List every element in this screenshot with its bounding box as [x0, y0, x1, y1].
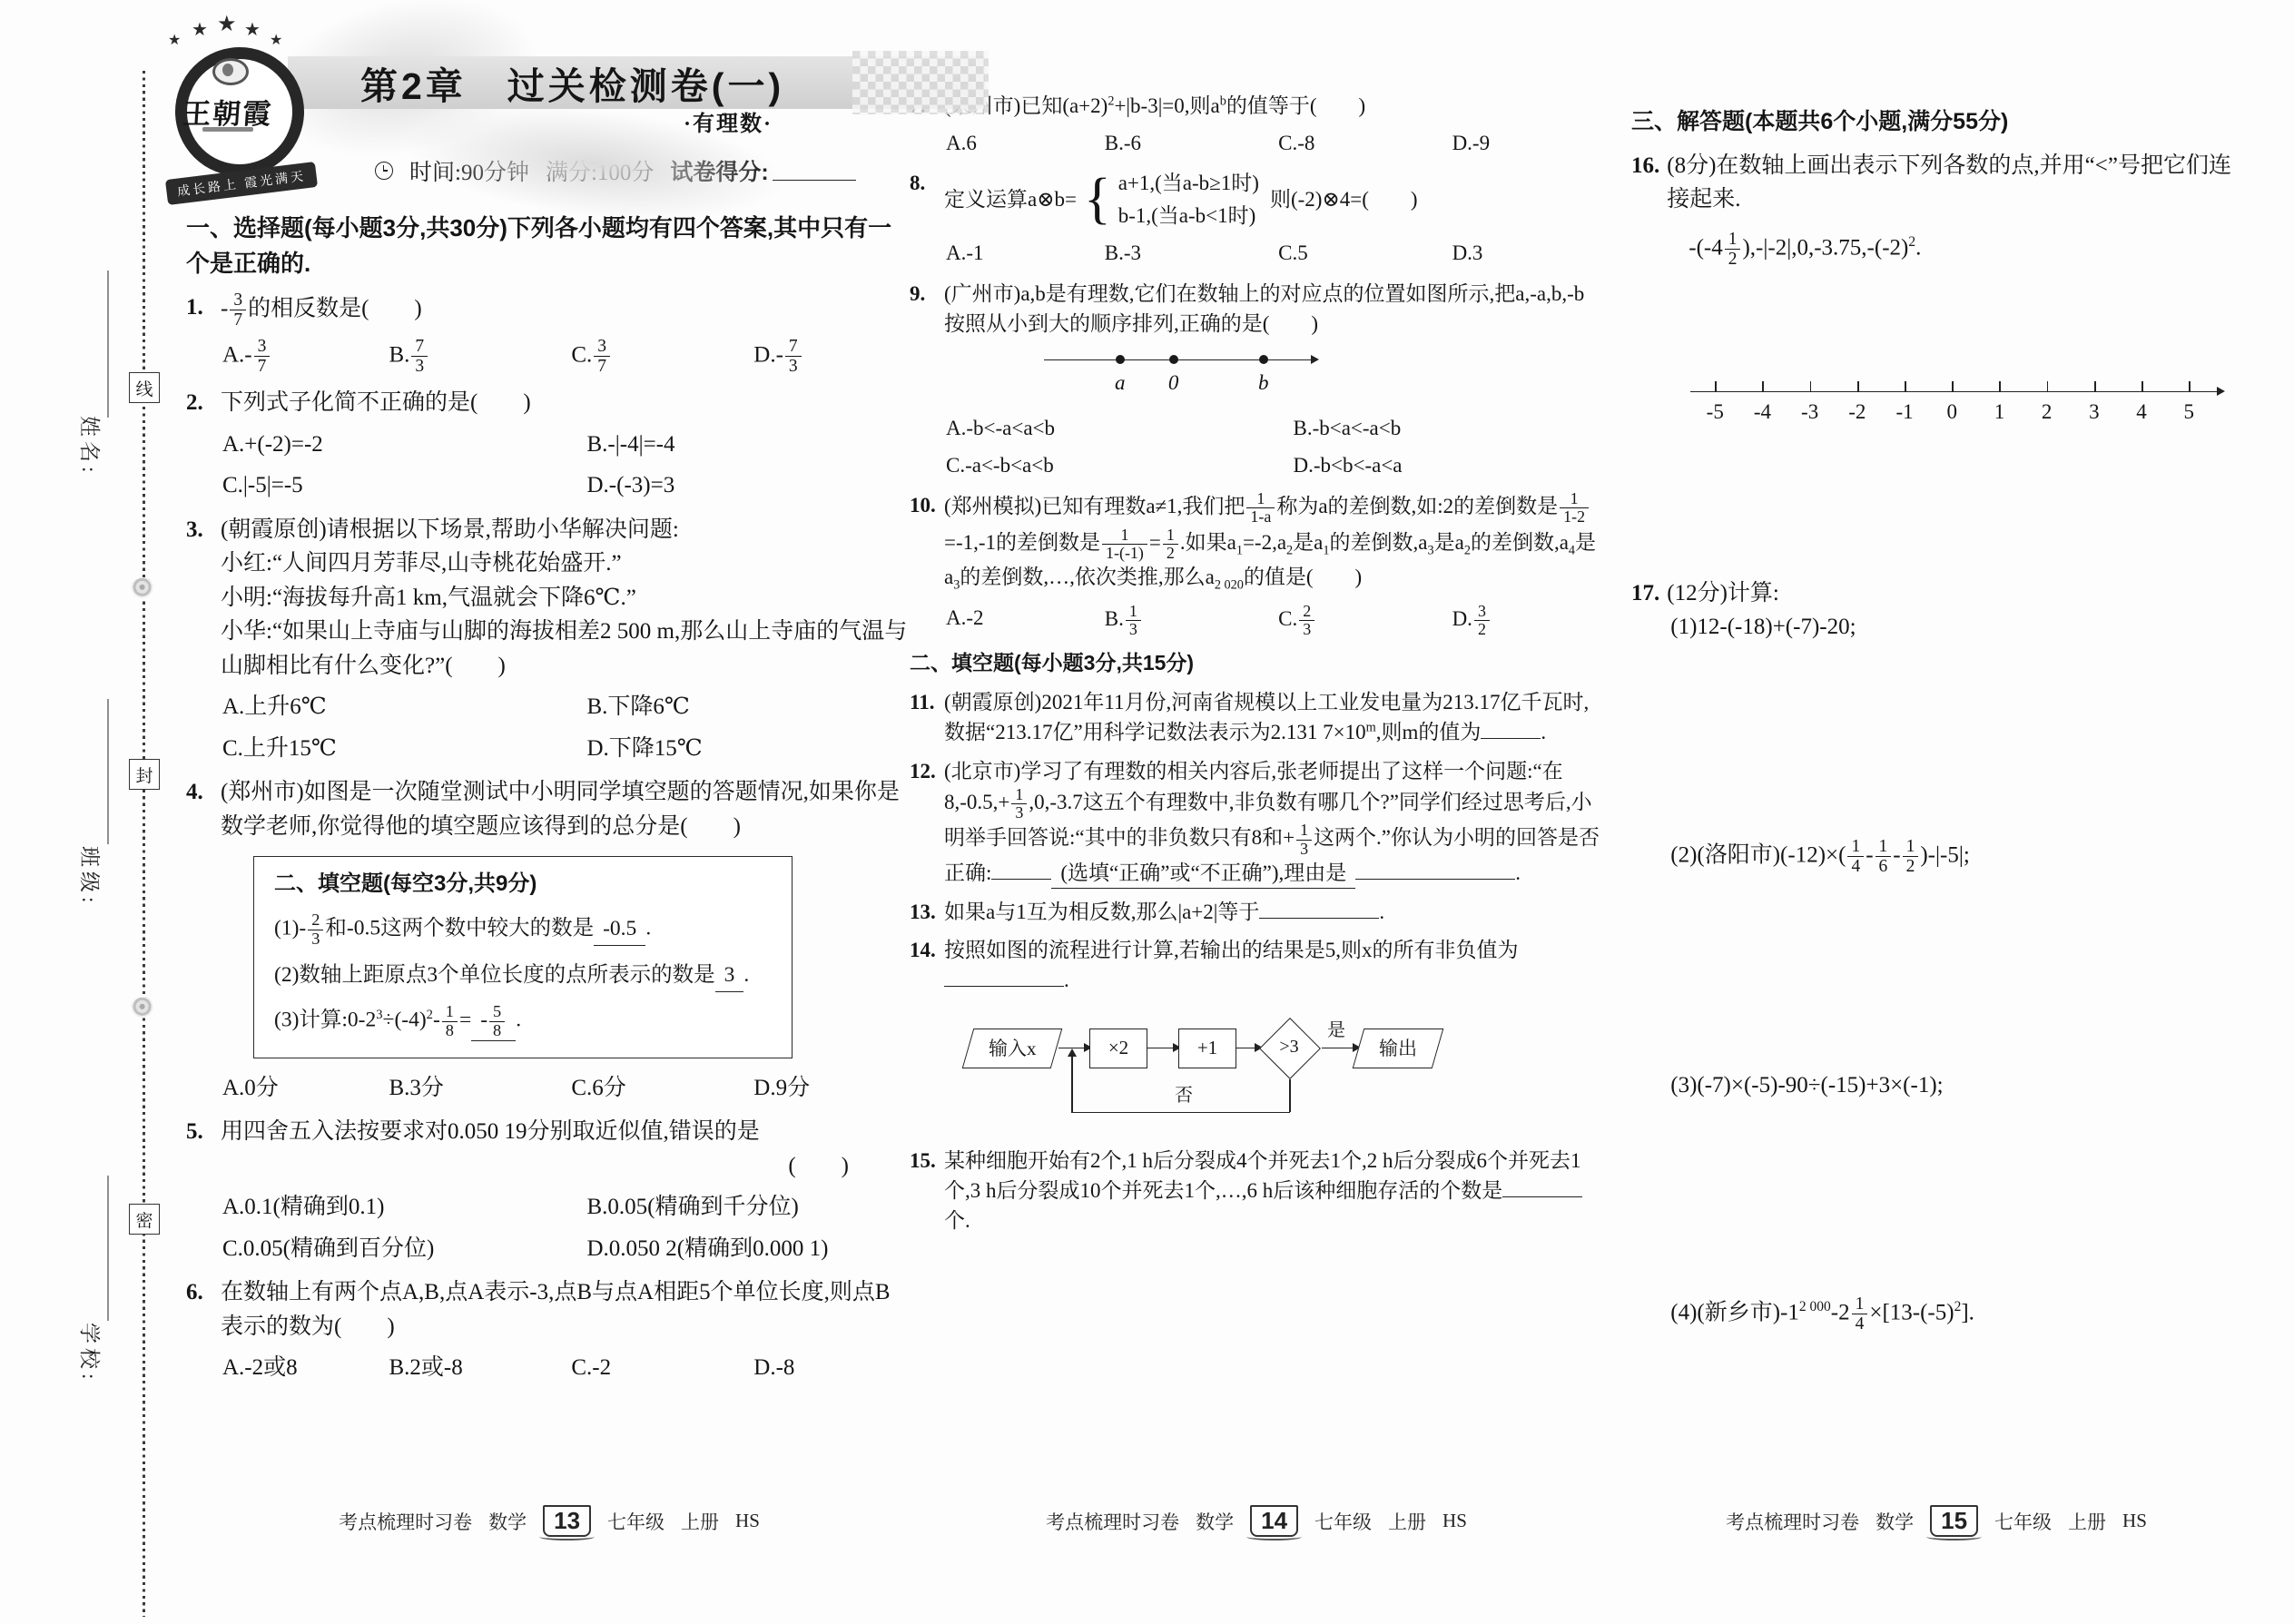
- page-number: 14: [1250, 1505, 1298, 1537]
- axis-tick: [1810, 381, 1812, 391]
- options: A.-37B.73C.37D.-73: [222, 337, 912, 376]
- axis-tick-label: 5: [2184, 397, 2195, 428]
- footer-series: 考点梳理时习卷: [1726, 1508, 1859, 1535]
- axis-tick: [1905, 381, 1906, 391]
- star-icon: [217, 11, 237, 37]
- option: A.-b<-a<a<b: [946, 413, 1293, 443]
- footer-grade: 七年级: [1994, 1508, 2052, 1535]
- footer-series: 考点梳理时习卷: [339, 1508, 472, 1535]
- rose-ornament-icon: [131, 997, 156, 1019]
- question-text: (朝霞原创)请根据以下场景,帮助小华解决问题:: [221, 513, 912, 547]
- class-label: 班级:: [76, 846, 106, 907]
- question-number: 2.: [186, 386, 213, 505]
- question-text: (8分)在数轴上画出表示下列各数的点,并用“<”号把它们连接起来.: [1667, 149, 2241, 217]
- option: B.73: [389, 337, 571, 376]
- option: A.-2或8: [222, 1351, 389, 1385]
- question-line: 小华:“如果山上寺庙与山脚的海拔相差2 500 m,那么山上寺庙的气温与山脚相比…: [221, 615, 912, 683]
- options: A.0.1(精确到0.1)B.0.05(精确到千分位)C.0.05(精确到百分位…: [222, 1190, 912, 1265]
- page-14-content: 7.(泉州市)已知(a+2)2+|b-3|=0,则ab的值等于( )A.6B.-…: [910, 0, 1603, 1235]
- footer-subject: 数学: [1196, 1508, 1234, 1535]
- axis-tick: [2094, 381, 2096, 391]
- star-icon: [192, 18, 208, 41]
- footer-volume: 上册: [681, 1508, 719, 1535]
- rose-ornament-icon: [131, 577, 156, 599]
- option: C.|-5|=-5: [222, 468, 587, 503]
- option: B.-3: [1105, 238, 1278, 268]
- footer-subject: 数学: [488, 1508, 527, 1535]
- calc-part: (1)12-(-18)+(-7)-20;: [1670, 610, 2241, 645]
- question-9: 9.(广州市)a,b是有理数,它们在数轴上的对应点的位置如图所示,把a,-a,b…: [910, 279, 1603, 482]
- question-number: 10.: [910, 490, 937, 640]
- question-number: 3.: [186, 513, 213, 768]
- axis-tick-label: -1: [1895, 397, 1913, 428]
- axis-tick: [1999, 381, 2001, 391]
- question-17: 17.(12分)计算:(1)12-(-18)+(-7)-20;(2)(洛阳市)(…: [1631, 576, 2241, 1334]
- options: A.-b<-a<a<bB.-b<a<-a<bC.-a<-b<a<bD.-b<b<…: [946, 413, 1603, 480]
- option: D.3: [1452, 238, 1603, 268]
- question-1: 1.-37的相反数是( )A.-37B.73C.37D.-73: [186, 290, 912, 378]
- axis-tick: [2141, 381, 2143, 391]
- name-blank-line: [107, 271, 109, 418]
- option: A.-2: [946, 603, 1105, 639]
- option: C.6分: [571, 1071, 753, 1106]
- flow-yes-label: 是: [1327, 1018, 1345, 1044]
- question-line: 小红:“人间四月芳菲尽,山寺桃花始盛开.”: [221, 546, 912, 581]
- question-line: 小明:“海拔每升高1 km,气温就会下降6℃.”: [221, 581, 912, 615]
- option: D.32: [1452, 603, 1603, 639]
- option: B.13: [1105, 603, 1278, 639]
- page-footer: 考点梳理时习卷 数学 14 七年级 上册 HS: [910, 1505, 1603, 1537]
- answer-paren: ( ): [221, 1149, 912, 1184]
- question-8: 8.定义运算a⊗b={a+1,(当a-b≥1时)b-1,(当a-b<1时)则(-…: [910, 168, 1603, 270]
- question-number: 11.: [910, 687, 937, 747]
- option: D.9分: [753, 1071, 912, 1106]
- option: A.-37: [222, 337, 389, 376]
- piecewise-definition: 定义运算a⊗b={a+1,(当a-b≥1时)b-1,(当a-b<1时)则(-2)…: [944, 168, 1603, 231]
- question-15: 15.某种细胞开始有2个,1 h后分裂成4个并死去1个,2 h后分裂成6个并死去…: [910, 1146, 1603, 1235]
- number-line-axis: -5-4-3-2-1012345: [1690, 367, 2235, 432]
- question-16: 16.(8分)在数轴上画出表示下列各数的点,并用“<”号把它们连接起来.-(-4…: [1631, 149, 2241, 568]
- footer-series: 考点梳理时习卷: [1046, 1508, 1179, 1535]
- axis-tick-label: -3: [1801, 397, 1818, 428]
- option: D.-73: [753, 337, 912, 376]
- box-line: (1)-23和-0.5这两个数中较大的数是-0.5.: [274, 911, 772, 949]
- question-4: 4.(郑州市)如图是一次随堂测试中小明同学填空题的答题情况,如果你是数学老师,你…: [186, 775, 912, 1107]
- question-12: 12.(北京市)学习了有理数的相关内容后,张老师提出了这样一个问题:“在8,-0…: [910, 756, 1603, 890]
- number-list: -(-412),-|-2|,0,-3.75,-(-2)2.: [1689, 230, 2241, 269]
- seal-char-line: 线: [129, 372, 160, 403]
- box-line: (2)数轴上距原点3个单位长度的点所表示的数是3.: [274, 960, 772, 992]
- axis-tick-label: 4: [2136, 397, 2147, 428]
- question-10: 10.(郑州模拟)已知有理数a≠1,我们把11-a称为a的差倒数,如:2的差倒数…: [910, 490, 1603, 640]
- question-text: 如果a与1互为相反数,那么|a+2|等于.: [944, 897, 1603, 927]
- option: D.-(-3)=3: [587, 468, 913, 503]
- number-line-point-label: 0: [1168, 368, 1179, 398]
- flow-no-label: 否: [1175, 1083, 1193, 1109]
- question-text: 用四舍五入法按要求对0.050 19分别取近似值,错误的是: [221, 1115, 912, 1149]
- option: B.0.05(精确到千分位): [587, 1190, 913, 1225]
- question-text: (12分)计算:: [1667, 576, 2241, 611]
- number-line-point: [1116, 355, 1125, 364]
- axis-tick: [1952, 381, 1954, 391]
- option: C.上升15℃: [222, 732, 587, 766]
- option: B.-b<a<-a<b: [1293, 413, 1603, 443]
- question-text: 在数轴上有两个点A,B,点A表示-3,点B与点A相距5个单位长度,则点B表示的数…: [221, 1275, 912, 1343]
- embedded-quiz-box: 二、填空题(每空3分,共9分)(1)-23和-0.5这两个数中较大的数是-0.5…: [253, 856, 793, 1058]
- option: D.-9: [1452, 128, 1603, 158]
- logo-subtext-bar: [202, 127, 253, 132]
- options: A.-2或8B.2或-8C.-2D.-8: [222, 1351, 912, 1385]
- question-text: (郑州市)如图是一次随堂测试中小明同学填空题的答题情况,如果你是数学老师,你觉得…: [221, 775, 912, 843]
- footer-edition: HS: [2122, 1510, 2147, 1532]
- option: C.-2: [571, 1351, 753, 1385]
- options: A.+(-2)=-2B.-|-4|=-4C.|-5|=-5D.-(-3)=3: [222, 428, 912, 503]
- question-number: 13.: [910, 897, 937, 927]
- axis-tick: [1762, 381, 1764, 391]
- page-13-content: 一、选择题(每小题3分,共30分)下列各小题均有四个答案,其中只有一个是正确的.…: [186, 211, 912, 1387]
- school-label: 学校:: [76, 1323, 106, 1383]
- logo-portrait-face: [222, 64, 233, 76]
- footer-subject: 数学: [1876, 1508, 1914, 1535]
- star-icon: [168, 31, 181, 49]
- flowchart: 输入x×2+1>3是输出否: [968, 1009, 1440, 1134]
- option: A.上升6℃: [222, 690, 587, 724]
- calc-part: (2)(洛阳市)(-12)×(14-16-12)-|-5|;: [1670, 837, 2241, 876]
- question-number: 16.: [1631, 149, 1659, 568]
- footer-volume: 上册: [1388, 1508, 1426, 1535]
- page-14: 7.(泉州市)已知(a+2)2+|b-3|=0,则ab的值等于( )A.6B.-…: [910, 0, 1603, 1624]
- page-number: 15: [1930, 1505, 1978, 1537]
- axis-tick-label: -5: [1707, 397, 1724, 428]
- axis-tick: [2189, 381, 2191, 391]
- calc-part: (4)(新乡市)-12 000-214×[13-(-5)2].: [1670, 1294, 2241, 1334]
- question-14: 14.按照如图的流程进行计算,若输出的结果是5,则x的所有非负值为.输入x×2+…: [910, 935, 1603, 1137]
- option: C.37: [571, 337, 753, 376]
- option: B.2或-8: [389, 1351, 571, 1385]
- star-icon: [270, 31, 282, 49]
- options: A.上升6℃B.下降6℃C.上升15℃D.下降15℃: [222, 690, 912, 765]
- school-blank-line: [107, 1176, 109, 1321]
- footer-grade: 七年级: [1314, 1508, 1372, 1535]
- question-5: 5.用四舍五入法按要求对0.050 19分别取近似值,错误的是( )A.0.1(…: [186, 1115, 912, 1267]
- question-7: 7.(泉州市)已知(a+2)2+|b-3|=0,则ab的值等于( )A.6B.-…: [910, 91, 1603, 160]
- publisher-logo: 王朝霞 成长路上 霞光满天: [161, 11, 324, 274]
- footer-edition: HS: [735, 1510, 760, 1532]
- clock-icon: [375, 162, 393, 180]
- question-text: (广州市)a,b是有理数,它们在数轴上的对应点的位置如图所示,把a,-a,b,-…: [944, 279, 1603, 339]
- number-line-point: [1169, 355, 1178, 364]
- axis-tick-label: -4: [1754, 397, 1771, 428]
- option: D.-8: [753, 1351, 912, 1385]
- question-number: 5.: [186, 1115, 213, 1267]
- option: B.3分: [389, 1071, 571, 1106]
- name-label: 姓名:: [76, 416, 106, 477]
- footer-volume: 上册: [2068, 1508, 2106, 1535]
- option: C.-8: [1278, 128, 1452, 158]
- question-3: 3.(朝霞原创)请根据以下场景,帮助小华解决问题:小红:“人间四月芳菲尽,山寺桃…: [186, 513, 912, 768]
- footer-grade: 七年级: [607, 1508, 665, 1535]
- question-number: 1.: [186, 290, 213, 378]
- section-heading: 二、填空题(每小题3分,共15分): [910, 648, 1603, 678]
- question-text: (北京市)学习了有理数的相关内容后,张老师提出了这样一个问题:“在8,-0.5,…: [944, 756, 1603, 890]
- axis-tick: [1715, 381, 1717, 391]
- page-15-content: 三、解答题(本题共6个小题,满分55分)16.(8分)在数轴上画出表示下列各数的…: [1631, 0, 2241, 1334]
- option: C.-a<-b<a<b: [946, 450, 1293, 480]
- option: D.0.050 2(精确到0.000 1): [587, 1232, 913, 1266]
- flow-input-box: 输入x: [962, 1029, 1063, 1068]
- section-heading: 三、解答题(本题共6个小题,满分55分): [1631, 105, 2241, 140]
- axis-tick-label: -2: [1848, 397, 1866, 428]
- axis-tick-label: 2: [2042, 397, 2053, 428]
- question-number: 14.: [910, 935, 937, 1137]
- axis-tick: [2047, 381, 2049, 391]
- box-line: (3)计算:0-23÷(-4)2-18=-58.: [274, 1003, 772, 1041]
- flow-condition-diamond: >3: [1258, 1017, 1320, 1078]
- chapter-corner-label: ·有理数·: [684, 105, 773, 137]
- option: A.6: [946, 128, 1105, 158]
- flow-output-box: 输出: [1353, 1029, 1444, 1068]
- page-15: 三、解答题(本题共6个小题,满分55分)16.(8分)在数轴上画出表示下列各数的…: [1631, 0, 2241, 1624]
- axis-tick-label: 0: [1947, 397, 1958, 428]
- options: A.-2B.13C.23D.32: [946, 603, 1603, 639]
- option: A.0.1(精确到0.1): [222, 1190, 587, 1225]
- question-text: -37的相反数是( ): [221, 290, 912, 330]
- option: B.-6: [1105, 128, 1278, 158]
- question-text: (泉州市)已知(a+2)2+|b-3|=0,则ab的值等于( ): [944, 91, 1603, 121]
- number-line-point-label: a: [1115, 368, 1126, 398]
- chapter-title: 第2章 过关检测卷(一): [360, 56, 784, 110]
- option: D.-b<b<-a<a: [1293, 450, 1603, 480]
- box-title: 二、填空题(每空3分,共9分): [274, 868, 772, 901]
- question-11: 11.(朝霞原创)2021年11月份,河南省规模以上工业发电量为213.17亿千…: [910, 687, 1603, 747]
- option: D.下降15℃: [587, 732, 913, 766]
- axis-tick-label: 3: [2089, 397, 2100, 428]
- option: C.5: [1278, 238, 1452, 268]
- question-text: 按照如图的流程进行计算,若输出的结果是5,则x的所有非负值为.: [944, 935, 1603, 995]
- question-number: 17.: [1631, 576, 1659, 1334]
- option: C.0.05(精确到百分位): [222, 1232, 587, 1266]
- number-line-point: [1259, 355, 1268, 364]
- axis-tick: [1857, 381, 1859, 391]
- question-text: (郑州模拟)已知有理数a≠1,我们把11-a称为a的差倒数,如:2的差倒数是11…: [944, 490, 1603, 595]
- seal-char-feng: 封: [129, 759, 160, 790]
- page-footer: 考点梳理时习卷 数学 15 七年级 上册 HS: [1631, 1505, 2241, 1537]
- question-2: 2.下列式子化简不正确的是( )A.+(-2)=-2B.-|-4|=-4C.|-…: [186, 386, 912, 505]
- page-13: ·有理数· 王朝霞 成长路上 霞光满天 第2章 过关检测卷(一) 时间:90分钟…: [186, 0, 912, 1624]
- axis-tick-label: 1: [1994, 397, 2005, 428]
- question-text: 某种细胞开始有2个,1 h后分裂成4个并死去1个,2 h后分裂成6个并死去1个,…: [944, 1146, 1603, 1235]
- footer-edition: HS: [1442, 1510, 1467, 1532]
- options: A.6B.-6C.-8D.-9: [946, 128, 1603, 158]
- flow-multiply-box: ×2: [1089, 1029, 1147, 1068]
- question-text: (朝霞原创)2021年11月份,河南省规模以上工业发电量为213.17亿千瓦时,…: [944, 687, 1603, 747]
- question-13: 13.如果a与1互为相反数,那么|a+2|等于.: [910, 897, 1603, 927]
- option: C.23: [1278, 603, 1452, 639]
- question-number: 4.: [186, 775, 213, 1107]
- option: B.下降6℃: [587, 690, 913, 724]
- question-number: 9.: [910, 279, 937, 482]
- page-footer: 考点梳理时习卷 数学 13 七年级 上册 HS: [186, 1505, 912, 1537]
- chapter-title-banner: 第2章 过关检测卷(一): [288, 56, 985, 109]
- options: A.0分B.3分C.6分D.9分: [222, 1071, 912, 1106]
- number-line-figure: a0b: [1044, 346, 1325, 406]
- question-6: 6.在数轴上有两个点A,B,点A表示-3,点B与点A相距5个单位长度,则点B表示…: [186, 1275, 912, 1387]
- question-number: 15.: [910, 1146, 937, 1235]
- page-number: 13: [543, 1505, 591, 1537]
- option: B.-|-4|=-4: [587, 428, 913, 462]
- binding-dotted-line: [143, 71, 145, 1617]
- seal-char-mi: 密: [129, 1204, 160, 1235]
- logo-brand-name: 王朝霞: [173, 91, 281, 132]
- question-number: 8.: [910, 168, 937, 270]
- question-text: 下列式子化简不正确的是( ): [221, 386, 912, 420]
- number-line-point-label: b: [1258, 368, 1269, 398]
- star-icon: [244, 18, 261, 41]
- calc-part: (3)(-7)×(-5)-90÷(-15)+3×(-1);: [1670, 1068, 2241, 1103]
- question-number: 12.: [910, 756, 937, 890]
- option: A.+(-2)=-2: [222, 428, 587, 462]
- option: A.0分: [222, 1071, 389, 1106]
- class-blank-line: [107, 699, 109, 844]
- options: A.-1B.-3C.5D.3: [946, 238, 1603, 268]
- option: A.-1: [946, 238, 1105, 268]
- flow-add-box: +1: [1178, 1029, 1236, 1068]
- question-number: 6.: [186, 1275, 213, 1387]
